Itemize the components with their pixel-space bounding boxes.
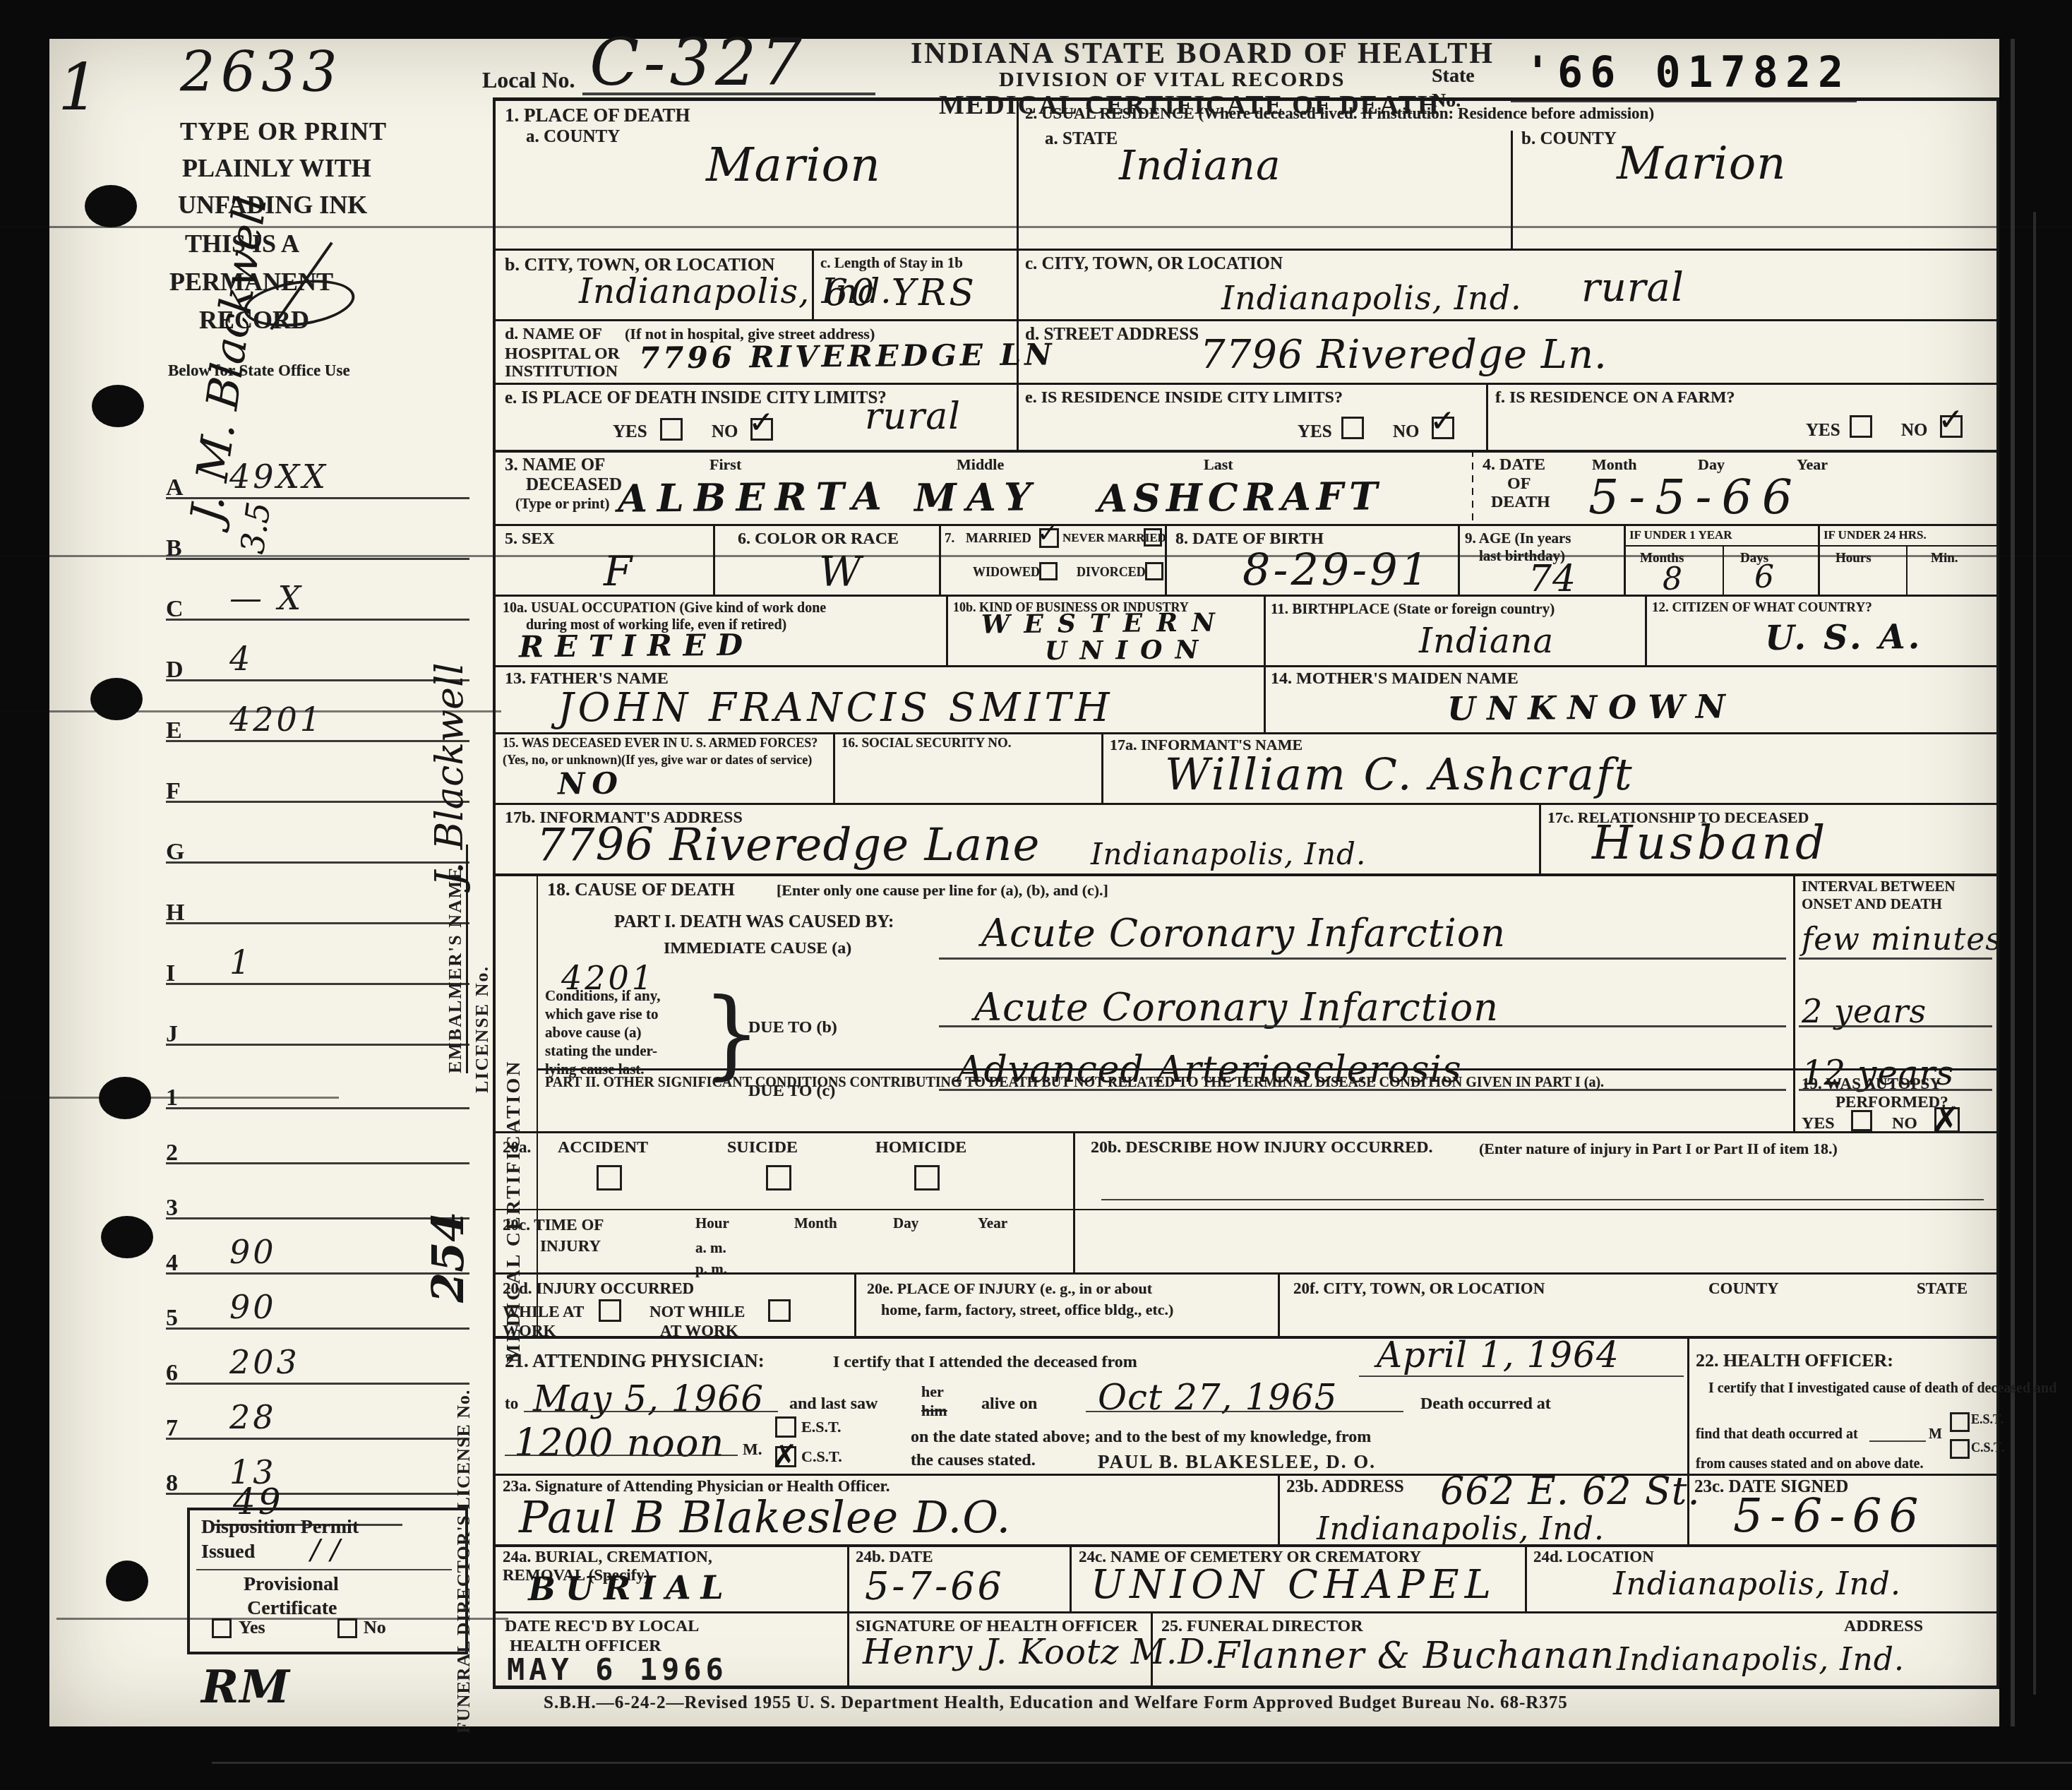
s12-label: 12. CITIZEN OF WHAT COUNTRY? bbox=[1652, 600, 1872, 616]
office-use-row-label: E bbox=[166, 717, 182, 744]
s20a-accident-checkbox[interactable] bbox=[597, 1165, 622, 1191]
s9-under1-label: IF UNDER 1 YEAR bbox=[1629, 528, 1732, 542]
s18-interval-header2: ONSET AND DEATH bbox=[1802, 895, 1942, 913]
s3-middle-value: MAY bbox=[914, 474, 1041, 520]
check-mark: ✓ bbox=[748, 405, 774, 441]
rule bbox=[493, 1131, 1999, 1133]
punch-hole bbox=[90, 678, 143, 720]
s22-label: 22. HEALTH OFFICER: bbox=[1696, 1350, 1893, 1371]
office-use-row-7: 728 bbox=[166, 1398, 469, 1440]
s20c-label1: 20c. TIME OF bbox=[503, 1216, 604, 1234]
s20c-day-header: Day bbox=[893, 1215, 918, 1232]
s1a-label: a. COUNTY bbox=[526, 127, 620, 147]
s3-last-header: Last bbox=[1204, 455, 1233, 474]
rule bbox=[1073, 1131, 1075, 1272]
funeral-director-license-vertical-label: FUNERAL DIRECTOR'S LICENSE No. bbox=[453, 1389, 474, 1734]
s19-yes-checkbox[interactable] bbox=[1851, 1110, 1872, 1131]
office-use-row-label: 3 bbox=[166, 1195, 178, 1222]
s15-label: 15. WAS DECEASED EVER IN U. S. ARMED FOR… bbox=[503, 736, 818, 751]
office-use-row-label: F bbox=[166, 778, 181, 805]
s1e-yes-checkbox[interactable] bbox=[660, 418, 683, 441]
s20b-label: 20b. DESCRIBE HOW INJURY OCCURRED. bbox=[1091, 1138, 1433, 1157]
s22-est-checkbox[interactable] bbox=[1950, 1412, 1970, 1432]
s18b-value: Acute Coronary Infarction bbox=[974, 985, 1499, 1030]
s2a-value: Indiana bbox=[1119, 141, 1281, 189]
s18-cond-line: Conditions, if any, bbox=[545, 987, 660, 1005]
rule bbox=[1486, 383, 1488, 451]
rule bbox=[493, 249, 1999, 251]
s20c-am-label: a. m. bbox=[695, 1239, 726, 1257]
rule bbox=[493, 1611, 1999, 1613]
s6-label: 6. COLOR OR RACE bbox=[738, 530, 899, 549]
rule bbox=[1278, 1474, 1280, 1544]
s1e-no-label: NO bbox=[712, 422, 738, 442]
office-use-row-value: 1 bbox=[229, 943, 253, 981]
office-use-row-label: 1 bbox=[166, 1085, 178, 1111]
instruction-line: TYPE OR PRINT bbox=[180, 117, 387, 146]
s25-recd-label1: DATE REC'D BY LOCAL bbox=[505, 1617, 699, 1636]
s21-from-value: April 1, 1964 bbox=[1377, 1335, 1619, 1376]
s1e-yes-label: YES bbox=[613, 422, 647, 442]
punch-hole bbox=[101, 1216, 153, 1258]
s22-est-label: E.S.T. bbox=[1971, 1412, 2004, 1427]
s18-cond-line: which gave rise to bbox=[545, 1006, 658, 1023]
s5-label: 5. SEX bbox=[505, 530, 555, 549]
rule bbox=[1458, 524, 1460, 595]
clerk-initials: RM bbox=[201, 1661, 290, 1714]
state-no-label1: State bbox=[1432, 65, 1475, 88]
s21-text4: the causes stated. bbox=[911, 1451, 1036, 1470]
s17b-value: 7796 Riveredge Lane bbox=[537, 819, 1040, 871]
form-footer: S.B.H.—6-24-2—Revised 1955 U. S. Departm… bbox=[544, 1693, 1568, 1713]
s20d-label: 20d. INJURY OCCURRED bbox=[503, 1279, 694, 1298]
rule bbox=[493, 97, 496, 1688]
s18a-value: Acute Coronary Infarction bbox=[981, 911, 1506, 955]
s1d-label1: d. NAME OF bbox=[505, 325, 602, 344]
punch-hole bbox=[85, 185, 137, 227]
s20a-homicide-checkbox[interactable] bbox=[914, 1165, 940, 1191]
s21-cst-checkbox[interactable]: ✗ bbox=[775, 1446, 796, 1467]
office-use-row-label: A bbox=[166, 475, 184, 501]
s20d-atwork-label: AT WORK bbox=[660, 1322, 738, 1340]
funeral-director-license-number: 254 bbox=[422, 1212, 474, 1303]
rule bbox=[1278, 1272, 1280, 1336]
disposition-slashes: / / bbox=[311, 1534, 341, 1566]
rule bbox=[493, 319, 1999, 321]
rule bbox=[1723, 545, 1724, 595]
s20b-note: (Enter nature of injury in Part I or Par… bbox=[1479, 1140, 1838, 1158]
rule bbox=[493, 1544, 1999, 1547]
s7-married-checkbox[interactable]: ✓ bbox=[1039, 528, 1059, 548]
rule bbox=[939, 1025, 1786, 1027]
s1e-label: e. IS PLACE OF DEATH INSIDE CITY LIMITS? bbox=[505, 388, 887, 408]
scanned-death-certificate: 2633 1 TYPE OR PRINT PLAINLY WITH UNFADI… bbox=[0, 0, 2072, 1790]
s20f-county-header: COUNTY bbox=[1708, 1279, 1779, 1298]
s9-days-value: 6 bbox=[1754, 559, 1775, 595]
s12-value: U. S. A. bbox=[1765, 617, 1923, 658]
s2d-label: d. STREET ADDRESS bbox=[1025, 325, 1199, 345]
s22-text2: find that death occurred at bbox=[1696, 1426, 1858, 1443]
s2f-yes-checkbox[interactable] bbox=[1850, 415, 1872, 438]
s24d-value: Indianapolis, Ind. bbox=[1613, 1566, 1901, 1602]
rule bbox=[854, 1272, 856, 1336]
s1e-extra-value: rural bbox=[865, 395, 961, 438]
s2a-label: a. STATE bbox=[1045, 129, 1118, 149]
s1-title: 1. PLACE OF DEATH bbox=[505, 105, 690, 126]
rule bbox=[1070, 1544, 1072, 1611]
provisional-no-checkbox[interactable] bbox=[337, 1618, 357, 1638]
s20e-label: 20e. PLACE OF INJURY (e. g., in or about bbox=[867, 1279, 1152, 1298]
s19-label1: 19. WAS AUTOPSY bbox=[1802, 1075, 1941, 1093]
punch-hole bbox=[106, 1561, 148, 1601]
s3-middle-header: Middle bbox=[957, 455, 1004, 474]
s23b-label: 23b. ADDRESS bbox=[1286, 1477, 1404, 1497]
s21-est-checkbox[interactable] bbox=[775, 1416, 796, 1438]
s2e-label: e. IS RESIDENCE INSIDE CITY LIMITS? bbox=[1025, 388, 1343, 407]
s21-to-label: to bbox=[505, 1395, 518, 1413]
s20a-suicide-checkbox[interactable] bbox=[766, 1165, 791, 1191]
s24c-value: UNION CHAPEL bbox=[1091, 1562, 1497, 1608]
office-use-row-value: 28 bbox=[229, 1398, 277, 1436]
s9-months-value: 8 bbox=[1663, 561, 1683, 597]
office-use-row-D: D4 bbox=[166, 640, 469, 681]
office-use-row-J: J bbox=[166, 1004, 469, 1046]
s1d-label2: HOSPITAL OR bbox=[505, 345, 620, 364]
s20d-while-label: WHILE AT bbox=[503, 1303, 584, 1321]
rule bbox=[493, 97, 1999, 101]
punch-hole bbox=[92, 385, 144, 427]
rule bbox=[493, 665, 1999, 667]
s21-m-label: M. bbox=[743, 1440, 762, 1459]
rule bbox=[1472, 450, 1473, 525]
s2f-no-checkbox[interactable]: ✓ bbox=[1940, 415, 1963, 438]
s1a-value: Marion bbox=[706, 138, 881, 192]
rule bbox=[1539, 803, 1541, 873]
s9-min-header: Min. bbox=[1931, 551, 1958, 566]
rule bbox=[833, 732, 835, 803]
s21-him-word: him bbox=[921, 1402, 947, 1420]
s2d-value: 7796 Riveredge Ln. bbox=[1200, 332, 1607, 378]
s23b-value2: Indianapolis, Ind. bbox=[1317, 1511, 1605, 1547]
office-use-row-label: 4 bbox=[166, 1250, 178, 1277]
rule bbox=[1086, 1411, 1403, 1412]
scan-streak bbox=[212, 1762, 2072, 1764]
rule bbox=[1818, 524, 1820, 595]
office-use-row-label: D bbox=[166, 657, 184, 684]
s7-married-label: MARRIED bbox=[966, 531, 1031, 547]
s9-under24-label: IF UNDER 24 HRS. bbox=[1824, 528, 1927, 542]
rule bbox=[582, 93, 875, 95]
punch-hole bbox=[99, 1077, 151, 1119]
s22-text1: I certify that I investigated cause of d… bbox=[1708, 1380, 2056, 1397]
rule bbox=[1906, 545, 1908, 595]
rule bbox=[493, 873, 1999, 876]
s2e-yes-checkbox[interactable] bbox=[1341, 417, 1364, 439]
office-use-label: Below for State Office Use bbox=[168, 362, 350, 380]
embalmer-signature-vertical: J. Blackwell bbox=[427, 662, 472, 886]
s18b-interval: 2 years bbox=[1802, 992, 1927, 1030]
s25-address-label: ADDRESS bbox=[1844, 1617, 1923, 1636]
s18-label: 18. CAUSE OF DEATH bbox=[547, 879, 735, 900]
s2e-yes-label: YES bbox=[1298, 422, 1332, 442]
rule bbox=[1525, 1544, 1527, 1611]
rule bbox=[1101, 732, 1103, 803]
s20c-label2: INJURY bbox=[540, 1237, 601, 1255]
rule bbox=[713, 524, 715, 595]
office-use-row-label: C bbox=[166, 596, 184, 623]
s20a-accident-label: ACCIDENT bbox=[558, 1138, 648, 1157]
s2e-no-label: NO bbox=[1393, 422, 1420, 442]
s25-health-officer-signature: Henry J. Kootz M.D. bbox=[863, 1633, 1216, 1672]
rule bbox=[1359, 1376, 1684, 1377]
s20d-notwhile-checkbox[interactable] bbox=[768, 1299, 791, 1322]
s20d-work-label: WORK bbox=[503, 1322, 556, 1340]
local-no-label: Local No. bbox=[482, 67, 575, 93]
rule bbox=[505, 1455, 738, 1456]
s21-time-value: 1200 noon bbox=[514, 1421, 724, 1465]
s7-never-checkbox[interactable] bbox=[1144, 528, 1162, 547]
s20c-year-header: Year bbox=[978, 1215, 1007, 1232]
rule bbox=[939, 957, 1786, 960]
s2c-label: c. CITY, TOWN, OR LOCATION bbox=[1025, 254, 1283, 274]
s15-label3: (If yes, give war or dates of service) bbox=[621, 753, 812, 768]
rule bbox=[493, 803, 1999, 805]
s11-label: 11. BIRTHPLACE (State or foreign country… bbox=[1271, 600, 1555, 618]
s2b-label: b. COUNTY bbox=[1521, 129, 1617, 149]
s3-title: 3. NAME OF bbox=[505, 455, 605, 475]
rule bbox=[524, 1411, 778, 1412]
rule bbox=[1511, 131, 1513, 249]
s10a-value: RETIRED bbox=[519, 628, 755, 664]
office-use-row-6: 6203 bbox=[166, 1343, 469, 1385]
s21-text3: on the date stated above; and to the bes… bbox=[911, 1428, 1371, 1447]
office-use-row-label: G bbox=[166, 839, 184, 866]
s7-num: 7. bbox=[945, 531, 954, 547]
rule bbox=[493, 450, 1999, 453]
check-mark: ✓ bbox=[1037, 519, 1058, 548]
scan-streak bbox=[0, 226, 2072, 228]
office-use-row-label: 8 bbox=[166, 1470, 178, 1497]
s20f-label: 20f. CITY, TOWN, OR LOCATION bbox=[1293, 1279, 1545, 1298]
s22-m-label: M bbox=[1929, 1426, 1942, 1443]
s18-cond-line: stating the under- bbox=[545, 1042, 657, 1060]
rule bbox=[493, 1474, 1999, 1476]
office-use-row-E: E4201 bbox=[166, 700, 469, 742]
s20d-notwhile-label: NOT WHILE bbox=[649, 1303, 745, 1321]
s18-cond-line: above cause (a) bbox=[545, 1024, 641, 1042]
rule bbox=[1101, 1199, 1984, 1200]
office-use-row-label: H bbox=[166, 900, 184, 926]
office-use-row-label: 7 bbox=[166, 1415, 178, 1442]
s1c-value: 60 YRS bbox=[825, 272, 977, 314]
s2e-no-checkbox[interactable]: ✓ bbox=[1432, 417, 1454, 439]
state-no-value: '66 017822 bbox=[1525, 48, 1850, 97]
office-use-row-8: 813 bbox=[166, 1453, 469, 1495]
s21-est-label: E.S.T. bbox=[801, 1418, 841, 1436]
s9-value: 74 bbox=[1528, 558, 1576, 600]
s4-sub2: DEATH bbox=[1491, 493, 1550, 512]
s24a-value: BURIAL bbox=[528, 1568, 733, 1609]
s2f-yes-label: YES bbox=[1806, 421, 1840, 441]
s3-first-value: ALBERTA bbox=[618, 473, 892, 520]
office-use-row-value: 90 bbox=[229, 1288, 277, 1326]
s13-value: JOHN FRANCIS SMITH bbox=[558, 685, 1114, 731]
s21-to-value: May 5, 1966 bbox=[533, 1378, 764, 1419]
office-use-row-B: B bbox=[166, 518, 469, 560]
office-use-row-value: 90 bbox=[229, 1233, 277, 1271]
scan-streak bbox=[2011, 39, 2015, 1726]
s18-part1-label: PART I. DEATH WAS CAUSED BY: bbox=[614, 912, 894, 932]
s20d-while-checkbox[interactable] bbox=[599, 1299, 621, 1322]
local-no-value: C-327 bbox=[589, 25, 806, 100]
s18-dueb-label: DUE TO (b) bbox=[748, 1018, 837, 1037]
s25-address-value: Indianapolis, Ind. bbox=[1617, 1642, 1905, 1678]
rule bbox=[1869, 1440, 1926, 1442]
provisional-label: Provisional bbox=[244, 1573, 339, 1596]
s3-first-header: First bbox=[709, 455, 741, 474]
office-use-row-label: 5 bbox=[166, 1305, 178, 1332]
cross-mark: ✗ bbox=[1931, 1099, 1960, 1140]
office-use-row-value: 4201 bbox=[229, 700, 323, 739]
rule bbox=[847, 1611, 849, 1685]
s9-label1: 9. AGE (In years bbox=[1465, 530, 1571, 547]
office-use-row-value: 4 bbox=[229, 640, 253, 678]
check-mark: ✓ bbox=[1938, 402, 1964, 438]
rule bbox=[1645, 595, 1647, 665]
disposition-line2: Issued bbox=[201, 1541, 255, 1563]
s24b-value: 5-7-66 bbox=[865, 1564, 1005, 1609]
s20f-state-header: STATE bbox=[1917, 1279, 1968, 1298]
instruction-line: PLAINLY WITH bbox=[182, 153, 371, 183]
s10a-label1: 10a. USUAL OCCUPATION (Give kind of work… bbox=[503, 600, 826, 616]
rule bbox=[1687, 1336, 1689, 1474]
provisional-no-label: No bbox=[364, 1617, 386, 1638]
rule bbox=[493, 732, 1999, 734]
office-use-row-value: — X bbox=[229, 579, 304, 617]
rule bbox=[1624, 545, 1998, 547]
s21-cst-label: C.S.T. bbox=[801, 1448, 842, 1466]
s2f-no-label: NO bbox=[1901, 421, 1928, 441]
office-use-row-2: 2 bbox=[166, 1123, 469, 1164]
office-use-row-F: F bbox=[166, 761, 469, 803]
s18-interval-header1: INTERVAL BETWEEN bbox=[1802, 878, 1956, 895]
s25-received-date-stamp: MAY 6 1966 bbox=[507, 1652, 728, 1687]
s21-physician-name: PAUL B. BLAKESLEE, D. O. bbox=[1098, 1451, 1376, 1473]
s23c-value: 5-6-66 bbox=[1733, 1488, 1926, 1543]
s24d-label: 24d. LOCATION bbox=[1533, 1548, 1654, 1566]
office-use-row-I: I1 bbox=[166, 943, 469, 985]
s22-cst-label: C.S.T. bbox=[1971, 1440, 2004, 1455]
s21-text2b: alive on bbox=[981, 1395, 1037, 1414]
s20c-month-header: Month bbox=[794, 1215, 837, 1232]
s7-widowed-checkbox[interactable] bbox=[1039, 562, 1058, 580]
rule bbox=[493, 1209, 1999, 1210]
office-use-row-1: 1 bbox=[166, 1068, 469, 1109]
s16-label: 16. SOCIAL SECURITY NO. bbox=[842, 736, 1012, 751]
office-use-row-H: H bbox=[166, 883, 469, 924]
s17a-value: William C. Ashcraft bbox=[1165, 748, 1634, 800]
provisional-yes-checkbox[interactable] bbox=[212, 1618, 232, 1638]
rule bbox=[196, 1569, 452, 1570]
s1e-no-checkbox[interactable]: ✓ bbox=[750, 418, 773, 441]
s21-text2c: Death occurred at bbox=[1420, 1395, 1551, 1414]
rule bbox=[1799, 1025, 1992, 1027]
s4-value: 5-5-66 bbox=[1588, 470, 1802, 525]
s3-sub2: (Type or print) bbox=[515, 495, 609, 513]
s18a-interval: few minutes bbox=[1802, 921, 2002, 957]
cross-mark: ✗ bbox=[772, 1438, 798, 1474]
s22-cst-checkbox[interactable] bbox=[1950, 1439, 1970, 1459]
s10b-value2: UNION bbox=[1045, 635, 1211, 666]
s1d-label3: INSTITUTION bbox=[505, 362, 618, 381]
s11-value: Indiana bbox=[1419, 621, 1554, 661]
office-use-row-label: J bbox=[166, 1021, 178, 1048]
s2c-extra-value: rural bbox=[1581, 265, 1684, 311]
s18-part2-label: PART II. OTHER SIGNIFICANT CONDITIONS CO… bbox=[545, 1075, 1780, 1091]
s22-text3: from causes stated and on above date. bbox=[1696, 1456, 1923, 1472]
rule bbox=[1799, 957, 1992, 960]
s8-value: 8-29-91 bbox=[1242, 544, 1431, 595]
s2-title: 2. USUAL RESIDENCE (Where deceased lived… bbox=[1025, 105, 1654, 123]
office-use-row-label: 6 bbox=[166, 1360, 178, 1387]
s19-no-checkbox[interactable]: ✗ bbox=[1934, 1107, 1960, 1133]
s18-immediate-label: IMMEDIATE CAUSE (a) bbox=[664, 939, 851, 958]
s25-funeral-director-label: 25. FUNERAL DIRECTOR bbox=[1161, 1617, 1363, 1636]
s21-label: 21. ATTENDING PHYSICIAN: bbox=[505, 1350, 765, 1372]
office-use-row-value: 203 bbox=[229, 1343, 300, 1381]
s2b-value: Marion bbox=[1617, 138, 1787, 190]
office-use-row-label: 2 bbox=[166, 1140, 178, 1167]
s24a-label1: 24a. BURIAL, CREMATION, bbox=[503, 1548, 712, 1566]
rule bbox=[1264, 595, 1266, 665]
s7-divorced-checkbox[interactable] bbox=[1145, 562, 1163, 580]
form-title-line2: DIVISION OF VITAL RECORDS bbox=[999, 68, 1345, 92]
rule bbox=[537, 873, 538, 1336]
rule bbox=[939, 524, 941, 595]
s20a-suicide-label: SUICIDE bbox=[727, 1138, 798, 1157]
license-no-vertical-label: LICENSE No. bbox=[472, 873, 495, 1093]
s19-yes-label: YES bbox=[1802, 1114, 1835, 1133]
s4-sub: OF bbox=[1507, 475, 1531, 494]
s18-note: [Enter only one cause per line for (a), … bbox=[777, 881, 1108, 900]
s20c-hour-header: Hour bbox=[695, 1215, 729, 1232]
s15-value: NO bbox=[558, 766, 625, 801]
rule bbox=[493, 383, 1999, 385]
office-use-row-value: 49XX bbox=[229, 458, 328, 496]
s20c-pm-label: p. m. bbox=[695, 1260, 727, 1278]
margin-top-number: 2633 bbox=[180, 41, 343, 105]
s23b-value: 662 E. 62 St. bbox=[1440, 1469, 1701, 1513]
office-use-row-G: G bbox=[166, 822, 469, 864]
s2c-value: Indianapolis, Ind. bbox=[1221, 279, 1522, 317]
s21-her-word: her bbox=[921, 1383, 944, 1401]
margin-tally-mark: 1 bbox=[58, 49, 100, 125]
check-mark: ✓ bbox=[1430, 403, 1456, 439]
s23a-signature: Paul B Blakeslee D.O. bbox=[519, 1491, 1011, 1543]
office-use-row-label: I bbox=[166, 960, 175, 987]
s21-text2: and last saw bbox=[789, 1395, 878, 1414]
embalmer-handwriting-note: 3.5 bbox=[233, 500, 278, 556]
rule bbox=[1624, 524, 1626, 595]
rule bbox=[1017, 97, 1019, 451]
form-title-line1: INDIANA STATE BOARD OF HEALTH bbox=[911, 37, 1495, 71]
s20e-note: home, farm, factory, street, office bldg… bbox=[881, 1301, 1173, 1319]
s25-funeral-director-value: Flanner & Buchanan bbox=[1214, 1635, 1615, 1677]
s19-no-label: NO bbox=[1892, 1114, 1917, 1133]
s20a-num: 20a. bbox=[503, 1138, 531, 1157]
office-use-row-C: C— X bbox=[166, 579, 469, 621]
s4-title: 4. DATE bbox=[1483, 455, 1545, 475]
